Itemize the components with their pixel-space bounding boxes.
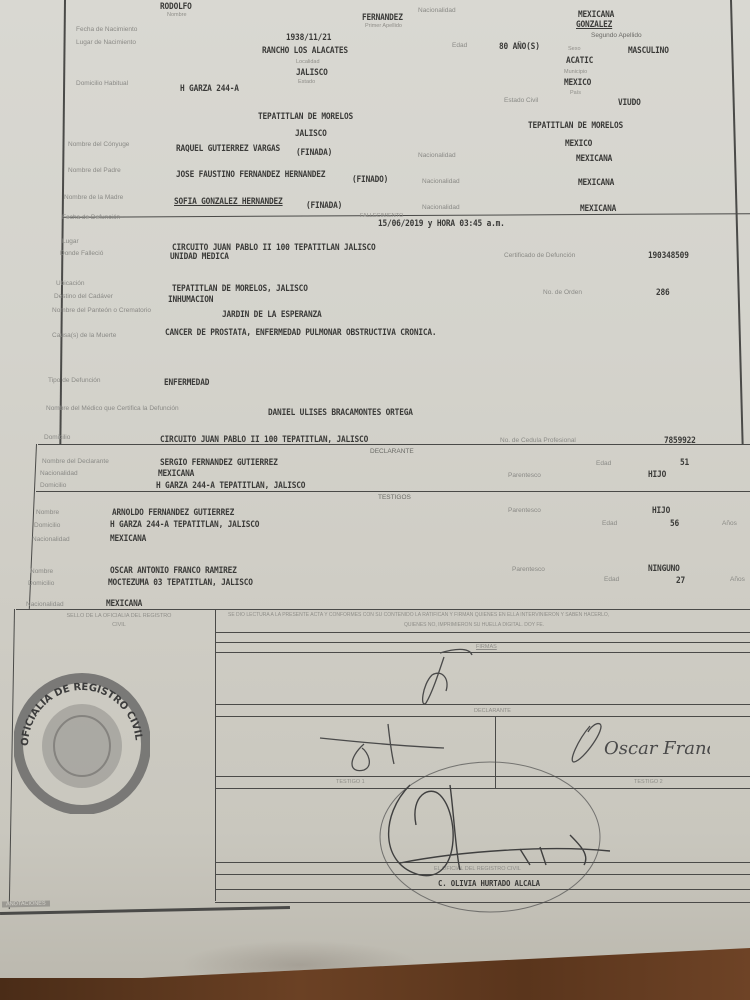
birth-country: MEXICO [564, 78, 591, 88]
spouse-nationality: MEXICANA [576, 154, 612, 164]
first-surname-label: Primer Apellido [365, 23, 402, 29]
certificate-label: Certificado de Defunción [504, 252, 575, 259]
death-certificate-document: RODOLFO Nombre FERNANDEZ Primer Apellido… [0, 0, 750, 978]
birth-place: RANCHO LOS ALACATES [262, 46, 348, 56]
witness1-relation: HIJO [652, 506, 670, 516]
deceased-first-surname: FERNANDEZ [362, 13, 403, 23]
father-name: JOSE FAUSTINO FERNANDEZ HERNANDEZ [176, 170, 325, 180]
declarant-age-label: Edad [596, 460, 611, 467]
civil-registry-seal-icon: OFICIALIA DE REGISTRO CIVIL [14, 672, 150, 814]
physician-label: Nombre del Médico que Certifica la Defun… [46, 405, 179, 412]
deceased-first-name: RODOLFO [160, 2, 192, 12]
physician-address: CIRCUITO JUAN PABLO II 100 TEPATITLAN, J… [160, 435, 368, 445]
anotaciones-line [0, 906, 290, 915]
cause-label: Causa(s) de la Muerte [52, 332, 116, 339]
declarante-label-line [215, 716, 750, 717]
body-destination-label: Destino del Cadáver [54, 293, 113, 300]
spouse-nationality-label: Nacionalidad [418, 152, 456, 159]
divider-testigos [16, 609, 750, 610]
witness1-name: ARNOLDO FERNANDEZ GUTIERREZ [112, 508, 234, 518]
birth-place-label: Lugar de Nacimiento [76, 39, 136, 46]
home-municipality: TEPATITLAN DE MORELOS [258, 112, 353, 122]
testigo1-signature-label: TESTIGO 1 [336, 779, 365, 785]
death-type-label: Tipo de Defunción [48, 377, 101, 384]
second-surname-label: Segundo Apellido [591, 32, 642, 39]
declarante-heading: DECLARANTE [370, 448, 414, 455]
location-label: Ubicación [56, 280, 85, 287]
testigo2-signature-label: TESTIGO 2 [634, 779, 663, 785]
mother-name: SOFIA GONZALEZ HERNANDEZ [174, 197, 283, 207]
age-label: Edad [452, 42, 467, 49]
deceased-nationality: MEXICANA [578, 10, 614, 20]
witness1-name-label: Nombre [36, 509, 59, 516]
home-address-label: Domicilio Habitual [76, 80, 128, 87]
witness1-nationality: MEXICANA [110, 534, 146, 544]
witness1-age-label: Edad [602, 520, 617, 527]
order-number-label: No. de Orden [543, 289, 582, 296]
death-date-label: Fecha de Defunción [62, 214, 120, 221]
license-number: 7859922 [664, 436, 696, 446]
deceased-age: 80 AÑO(S) [499, 42, 540, 52]
witness1-relation-label: Parentesco [508, 507, 541, 514]
official-signature-icon [370, 755, 630, 915]
divider-medico [38, 444, 750, 445]
testigos-heading: TESTIGOS [378, 494, 411, 501]
mother-status: (FINADA) [306, 201, 342, 211]
witness2-age: 27 [676, 576, 685, 586]
witness2-age-label: Edad [604, 576, 619, 583]
divider-declarante [36, 491, 750, 492]
state-label: Estado [298, 79, 315, 85]
home-municipality-right: TEPATITLAN DE MORELOS [528, 121, 623, 131]
spouse-status: (FINADA) [296, 148, 332, 158]
firmas-line-top [215, 642, 750, 643]
deceased-second-surname: GONZALEZ [576, 20, 612, 30]
witness1-address: H GARZA 244-A TEPATITLAN, JALISCO [110, 520, 259, 530]
witness2-relation: NINGUNO [648, 564, 680, 574]
home-state: JALISCO [295, 129, 327, 139]
witness2-name-label: Nombre [30, 568, 53, 575]
father-status: (FINADO) [352, 175, 388, 185]
municipality-label: Municipio [564, 69, 587, 75]
declarant-name-label: Nombre del Declarante [42, 458, 109, 465]
birth-date-label: Fecha de Nacimiento [76, 26, 137, 33]
birth-municipality: ACATIC [566, 56, 593, 66]
declarant-relation: HIJO [648, 470, 666, 480]
witness2-nationality-label: Nacionalidad [26, 601, 64, 608]
legal-text-line1: SE DIO LECTURA A LA PRESENTE ACTA Y CONF… [228, 612, 609, 618]
witness1-address-label: Domicilio [34, 522, 60, 529]
death-type: ENFERMEDAD [164, 378, 209, 388]
legal-text-line2: QUIENES NO, IMPRIMIERON SU HUELLA DIGITA… [404, 622, 544, 628]
cause-of-death: CANCER DE PROSTATA, ENFERMEDAD PULMONAR … [165, 328, 436, 338]
declarant-address-label: Domicilio [40, 482, 66, 489]
country-label: País [570, 90, 581, 96]
home-address: H GARZA 244-A [180, 84, 239, 94]
spouse-name: RAQUEL GUTIERREZ VARGAS [176, 144, 280, 154]
witness2-name: OSCAR ANTONIO FRANCO RAMIREZ [110, 566, 237, 576]
right-border-line [730, 0, 743, 445]
mother-label: Nombre de la Madre [64, 194, 123, 201]
nationality-label: Nacionalidad [418, 7, 456, 14]
physician-name: DANIEL ULISES BRACAMONTES ORTEGA [268, 408, 413, 418]
marital-status-label: Estado Civil [504, 97, 538, 104]
home-country: MEXICO [565, 139, 592, 149]
deceased-sex: MASCULINO [628, 46, 669, 56]
spouse-label: Nombre del Cónyuge [68, 141, 129, 148]
witness2-address: MOCTEZUMA 03 TEPATITLAN, JALISCO [108, 578, 253, 588]
father-nationality: MEXICANA [578, 178, 614, 188]
birth-date: 1938/11/21 [286, 33, 331, 43]
father-nationality-label: Nacionalidad [422, 178, 460, 185]
physician-address-label: Domicilio [44, 434, 70, 441]
cemetery: JARDIN DE LA ESPERANZA [222, 310, 322, 320]
declarant-relation-label: Parentesco [508, 472, 541, 479]
legal-text-bottom-line [215, 632, 750, 633]
witness2-address-label: Domicilio [28, 580, 54, 587]
declarant-nationality: MEXICANA [158, 469, 194, 479]
death-place-label: Lugar [62, 238, 79, 245]
first-name-label: Nombre [167, 12, 187, 18]
witness2-nationality: MEXICANA [106, 599, 142, 609]
father-label: Nombre del Padre [68, 167, 121, 174]
birth-state: JALISCO [296, 68, 328, 78]
declarant-name: SERGIO FERNANDEZ GUTIERREZ [160, 458, 278, 468]
witness1-years-label: Años [722, 520, 737, 527]
witness1-age: 56 [670, 519, 679, 529]
divider-defuncion [62, 213, 750, 218]
certificate-number: 190348509 [648, 251, 689, 261]
sex-label: Sexo [568, 46, 581, 52]
declarante-signature-icon [410, 645, 490, 711]
body-destination: INHUMACION [168, 295, 213, 305]
marital-status: VIUDO [618, 98, 641, 108]
declarant-age: 51 [680, 458, 689, 468]
witness2-years-label: Años [730, 576, 745, 583]
location: TEPATITLAN DE MORELOS, JALISCO [172, 284, 308, 294]
declarant-address: H GARZA 244-A TEPATITLAN, JALISCO [156, 481, 305, 491]
mother-nationality-label: Nacionalidad [422, 204, 460, 211]
witness1-nationality-label: Nacionalidad [32, 536, 70, 543]
died-where-label: Donde Falleció [60, 250, 103, 257]
mother-nationality: MEXICANA [580, 204, 616, 214]
cemetery-label: Nombre del Panteón o Crematorio [52, 307, 151, 314]
witness2-relation-label: Parentesco [512, 566, 545, 573]
seal-label: SELLO DE LA OFICIALIA DEL REGISTRO CIVIL [64, 612, 174, 630]
locality-label: Localidad [296, 59, 320, 65]
order-number: 286 [656, 288, 670, 298]
death-date-time: 15/06/2019 y HORA 03:45 a.m. [378, 219, 505, 229]
died-where: UNIDAD MEDICA [170, 252, 229, 262]
license-label: No. de Cedula Profesional [500, 437, 576, 444]
declarant-nationality-label: Nacionalidad [40, 470, 78, 477]
anotaciones-label: ANOTACIONES [2, 901, 50, 908]
